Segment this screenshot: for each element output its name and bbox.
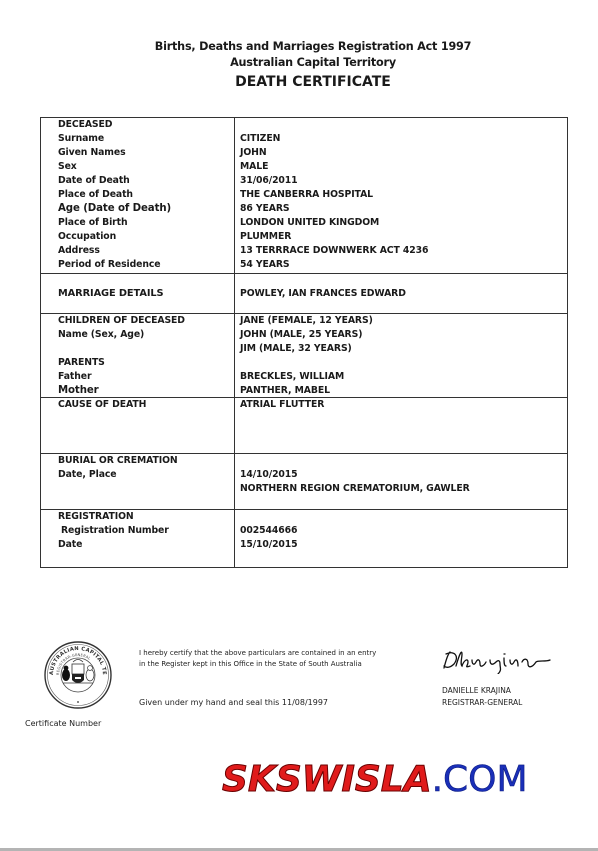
document-title: DEATH CERTIFICATE	[0, 72, 598, 92]
registration-heading: REGISTRATION	[58, 510, 234, 524]
territory-title: Australian Capital Territory	[0, 55, 598, 71]
burial-heading: BURIAL OR CREMATION	[58, 454, 234, 468]
section-cause-of-death: CAUSE OF DEATH ATRIAL FLUTTER	[41, 397, 567, 453]
label-address: Address	[58, 244, 234, 258]
child-2: JOHN (MALE, 25 YEARS)	[240, 328, 567, 342]
burial-date: 14/10/2015	[240, 468, 567, 482]
value-given-names: JOHN	[240, 146, 567, 160]
mother-label: Mother	[58, 384, 234, 398]
label-occupation: Occupation	[58, 230, 234, 244]
section-registration: REGISTRATION Registration Number Date 00…	[41, 509, 567, 567]
section-children-parents: CHILDREN OF DECEASED Name (Sex, Age) PAR…	[41, 313, 567, 397]
certification-statement: I hereby certify that the above particul…	[139, 648, 409, 670]
label-age: Age (Date of Death)	[58, 202, 234, 216]
burial-label: Date, Place	[58, 468, 234, 482]
value-sex: MALE	[240, 160, 567, 174]
registrar-block: DANIELLE KRAJINA REGISTRAR-GENERAL	[442, 685, 522, 709]
watermark-brand: SKSWISLA	[222, 759, 432, 800]
certificate-page: Births, Deaths and Marriages Registratio…	[0, 0, 598, 848]
label-date-of-death: Date of Death	[58, 174, 234, 188]
label-period-of-residence: Period of Residence	[58, 258, 234, 272]
registrar-title: REGISTRAR-GENERAL	[442, 697, 522, 709]
cause-value: ATRIAL FLUTTER	[240, 398, 567, 412]
value-occupation: PLUMMER	[240, 230, 567, 244]
certificate-number-label: Certificate Number	[25, 719, 101, 728]
children-label: Name (Sex, Age)	[58, 328, 234, 342]
given-under-seal: Given under my hand and seal this 11/08/…	[139, 698, 328, 707]
certificate-header: Births, Deaths and Marriages Registratio…	[0, 39, 598, 92]
value-date-of-death: 31/06/2011	[240, 174, 567, 188]
watermark-domain: .COM	[432, 759, 528, 800]
section-burial: BURIAL OR CREMATION Date, Place 14/10/20…	[41, 453, 567, 509]
burial-place: NORTHERN REGION CREMATORIUM, GAWLER	[240, 482, 567, 496]
value-place-of-death: THE CANBERRA HOSPITAL	[240, 188, 567, 202]
value-place-of-birth: LONDON UNITED KINGDOM	[240, 216, 567, 230]
father-label: Father	[58, 370, 234, 384]
territory-seal-icon: AUSTRALIAN CAPITAL TERRITORY REGISTRAR-G…	[43, 640, 113, 710]
children-heading: CHILDREN OF DECEASED	[58, 314, 234, 328]
label-place-of-birth: Place of Birth	[58, 216, 234, 230]
deceased-heading: DECEASED	[58, 118, 234, 132]
parents-heading: PARENTS	[58, 356, 234, 370]
value-period-of-residence: 54 YEARS	[240, 258, 567, 272]
label-place-of-death: Place of Death	[58, 188, 234, 202]
registration-number-label: Registration Number	[58, 524, 234, 538]
value-age: 86 YEARS	[240, 202, 567, 216]
section-marriage: MARRIAGE DETAILS POWLEY, IAN FRANCES EDW…	[41, 273, 567, 313]
child-1: JANE (FEMALE, 12 YEARS)	[240, 314, 567, 328]
cause-heading: CAUSE OF DEATH	[58, 398, 234, 412]
label-surname: Surname	[58, 132, 234, 146]
child-3: JIM (MALE, 32 YEARS)	[240, 342, 567, 356]
father-value: BRECKLES, WILLIAM	[240, 370, 567, 384]
marriage-value: POWLEY, IAN FRANCES EDWARD	[240, 287, 567, 301]
certificate-table: DECEASED Surname Given Names Sex Date of…	[40, 117, 568, 568]
registration-number: 002544666	[240, 524, 567, 538]
value-surname: CITIZEN	[240, 132, 567, 146]
mother-value: PANTHER, MABEL	[240, 384, 567, 398]
section-deceased: DECEASED Surname Given Names Sex Date of…	[41, 118, 567, 273]
registration-date: 15/10/2015	[240, 538, 567, 552]
watermark-logo: SKSWISLA.COM	[222, 758, 528, 802]
value-address: 13 TERRRACE DOWNWERK ACT 4236	[240, 244, 567, 258]
registrar-name: DANIELLE KRAJINA	[442, 685, 522, 697]
registrar-signature	[440, 646, 560, 674]
act-title: Births, Deaths and Marriages Registratio…	[0, 39, 598, 55]
registration-date-label: Date	[58, 538, 234, 552]
label-sex: Sex	[58, 160, 234, 174]
marriage-heading: MARRIAGE DETAILS	[58, 287, 234, 301]
label-given-names: Given Names	[58, 146, 234, 160]
